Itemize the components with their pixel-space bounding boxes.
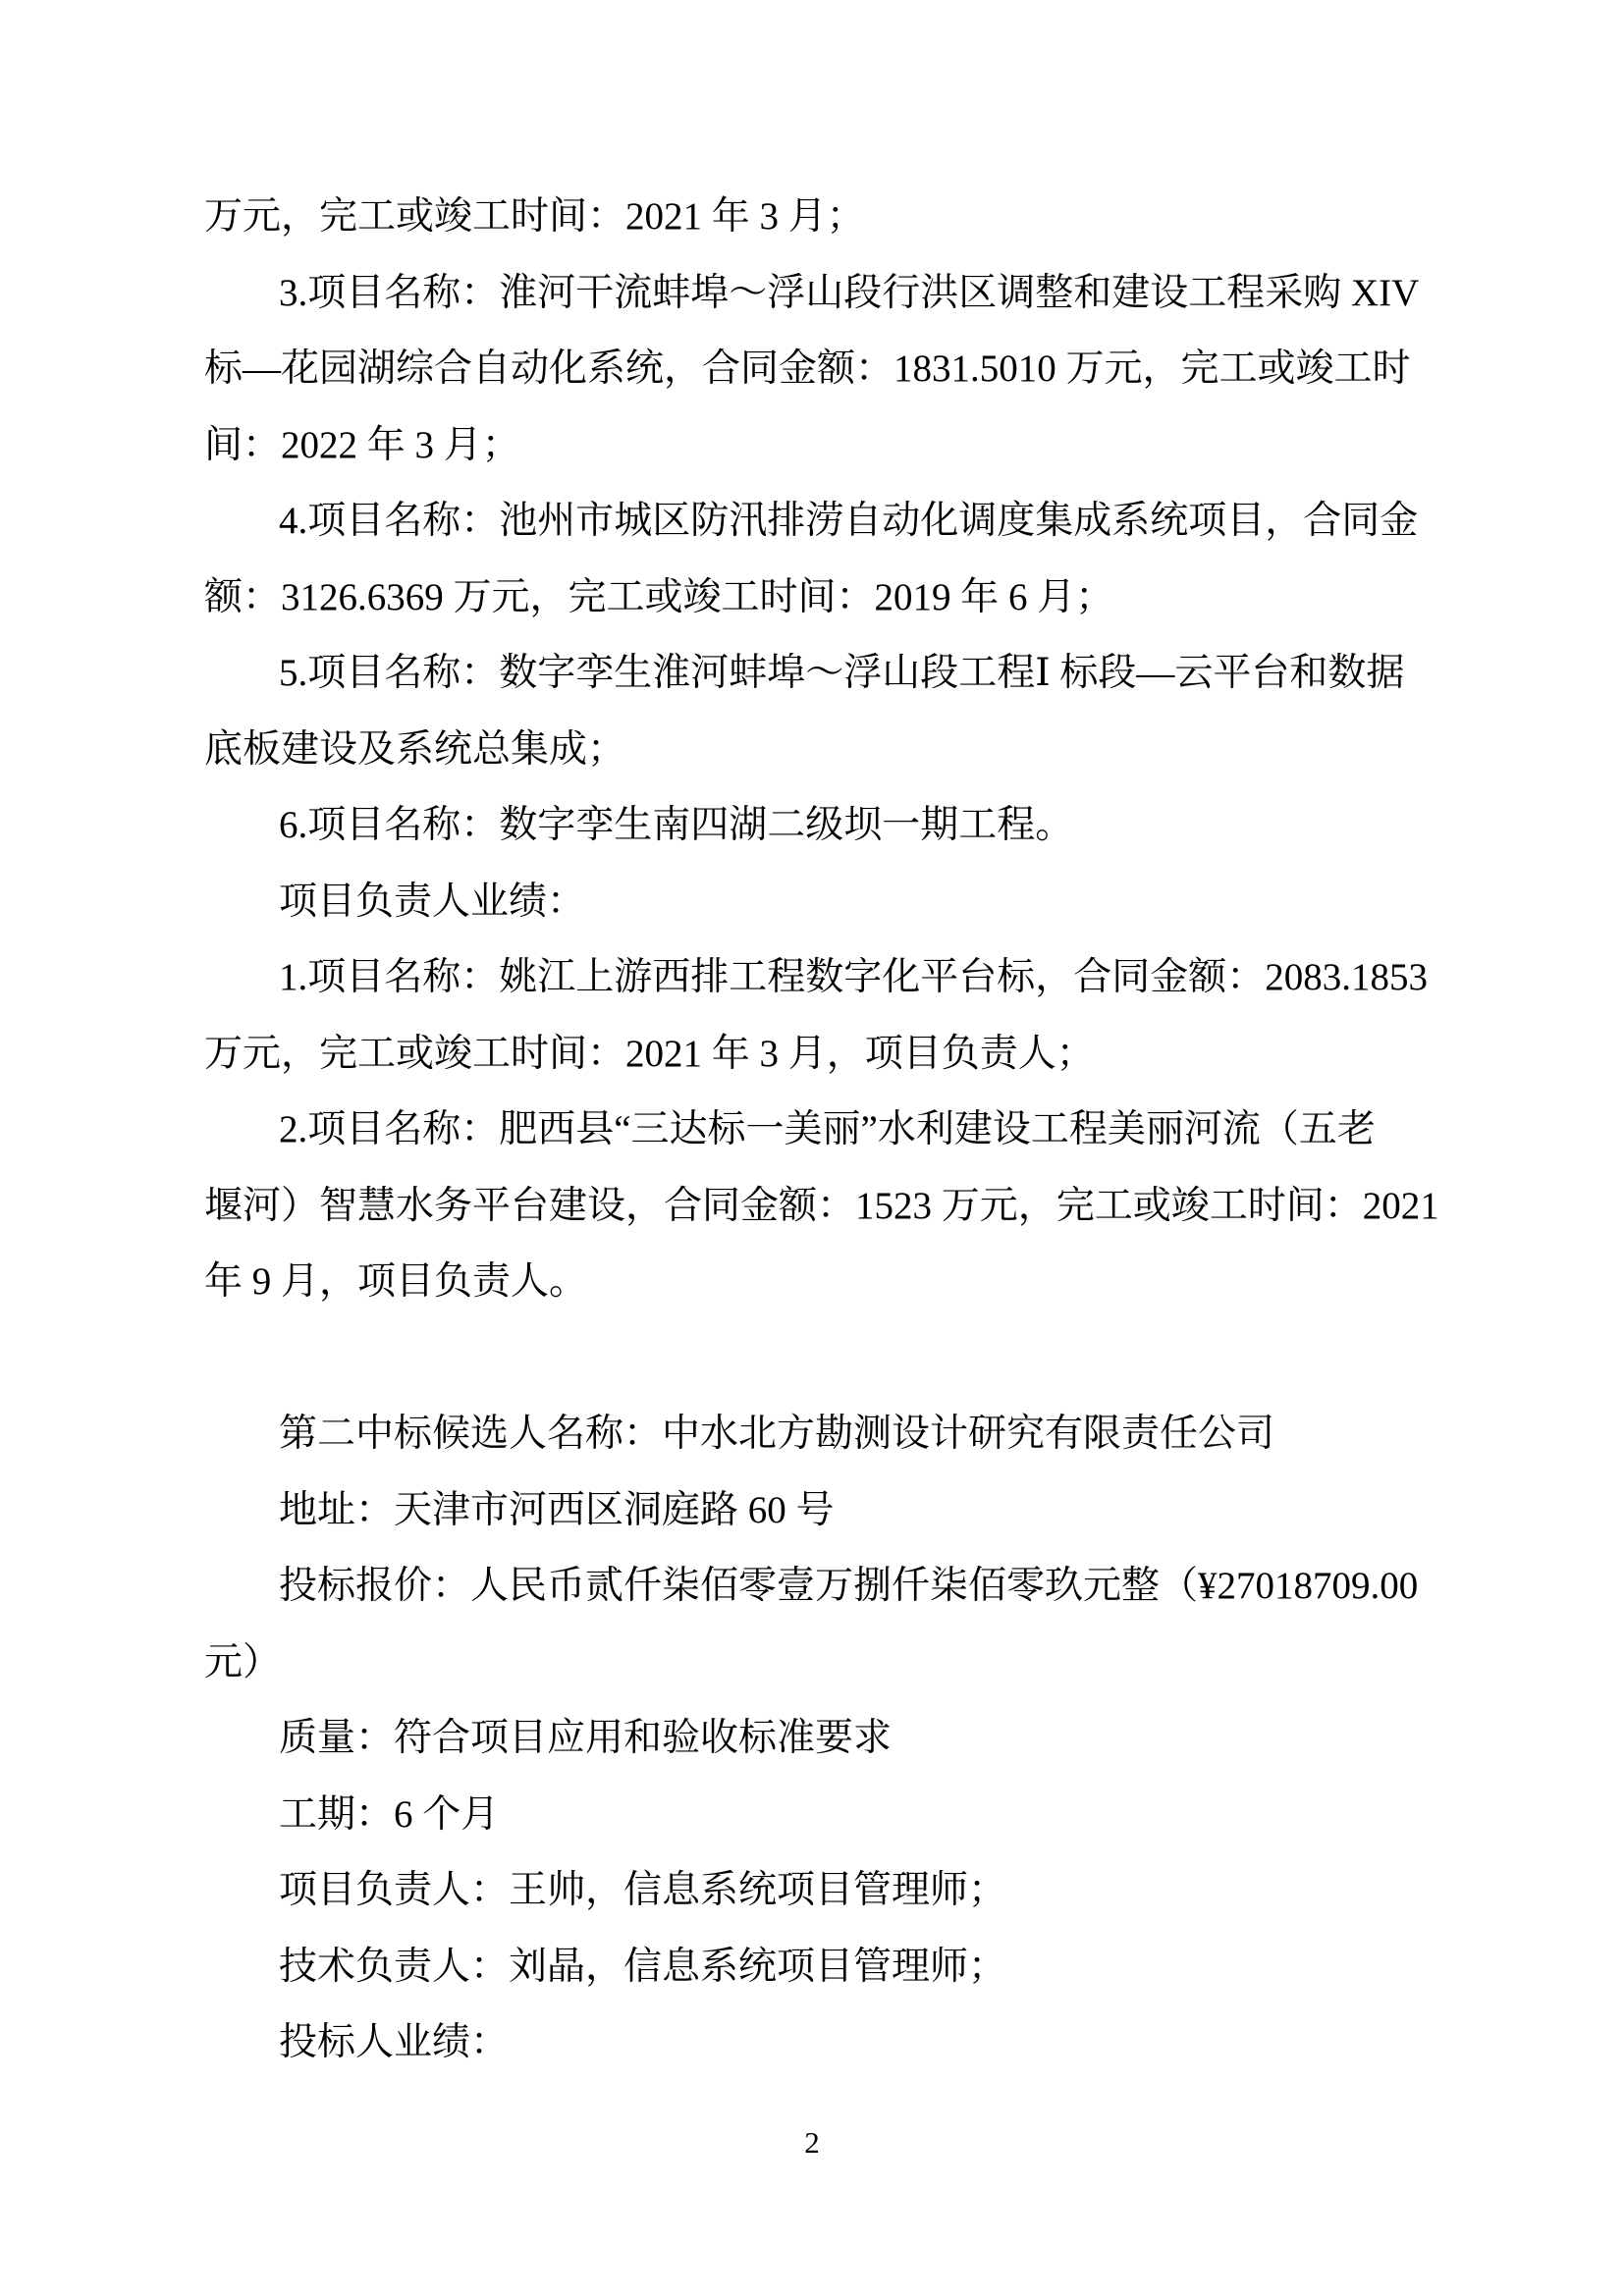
- document-page: 万元，完工或竣工时间：2021 年 3 月； 3.项目名称：淮河干流蚌埠～浮山段…: [0, 0, 1624, 2296]
- document-line: 2.项目名称：肥西县“三达标一美丽”水利建设工程美丽河流（五老: [204, 1092, 1426, 1168]
- document-line: 元）: [204, 1625, 1426, 1701]
- document-line: 3.项目名称：淮河干流蚌埠～浮山段行洪区调整和建设工程采购 XIV: [204, 255, 1426, 332]
- document-line: 5.项目名称：数字孪生淮河蚌埠～浮山段工程Ⅰ 标段—云平台和数据: [204, 635, 1426, 712]
- document-line: 4.项目名称：池州市城区防汛排涝自动化调度集成系统项目，合同金: [204, 483, 1426, 560]
- document-line: 底板建设及系统总集成；: [204, 712, 1426, 788]
- document-line: 万元，完工或竣工时间：2021 年 3 月；: [204, 179, 1426, 255]
- document-blank-line: [204, 1320, 1426, 1397]
- document-line: 投标报价：人民币贰仟柒佰零壹万捌仟柒佰零玖元整（¥27018709.00: [204, 1548, 1426, 1625]
- document-line: 项目负责人业绩：: [204, 864, 1426, 940]
- document-line: 万元，完工或竣工时间：2021 年 3 月，项目负责人；: [204, 1016, 1426, 1093]
- document-line: 堰河）智慧水务平台建设，合同金额：1523 万元，完工或竣工时间：2021: [204, 1168, 1426, 1245]
- document-line: 年 9 月，项目负责人。: [204, 1244, 1426, 1320]
- document-line: 第二中标候选人名称：中水北方勘测设计研究有限责任公司: [204, 1396, 1426, 1472]
- document-line: 项目负责人：王帅，信息系统项目管理师；: [204, 1852, 1426, 1929]
- document-line: 6.项目名称：数字孪生南四湖二级坝一期工程。: [204, 787, 1426, 864]
- document-line: 投标人业绩：: [204, 2004, 1426, 2081]
- document-line: 额：3126.6369 万元，完工或竣工时间：2019 年 6 月；: [204, 560, 1426, 636]
- document-line: 质量：符合项目应用和验收标准要求: [204, 1700, 1426, 1777]
- document-body: 万元，完工或竣工时间：2021 年 3 月； 3.项目名称：淮河干流蚌埠～浮山段…: [204, 179, 1426, 2081]
- document-line: 地址：天津市河西区洞庭路 60 号: [204, 1472, 1426, 1549]
- document-line: 1.项目名称：姚江上游西排工程数字化平台标，合同金额：2083.1853: [204, 939, 1426, 1016]
- page-number: 2: [0, 2123, 1624, 2163]
- document-line: 间：2022 年 3 月；: [204, 407, 1426, 484]
- document-line: 技术负责人：刘晶，信息系统项目管理师；: [204, 1929, 1426, 2005]
- document-line: 标—花园湖综合自动化系统，合同金额：1831.5010 万元，完工或竣工时: [204, 331, 1426, 407]
- document-line: 工期：6 个月: [204, 1777, 1426, 1853]
